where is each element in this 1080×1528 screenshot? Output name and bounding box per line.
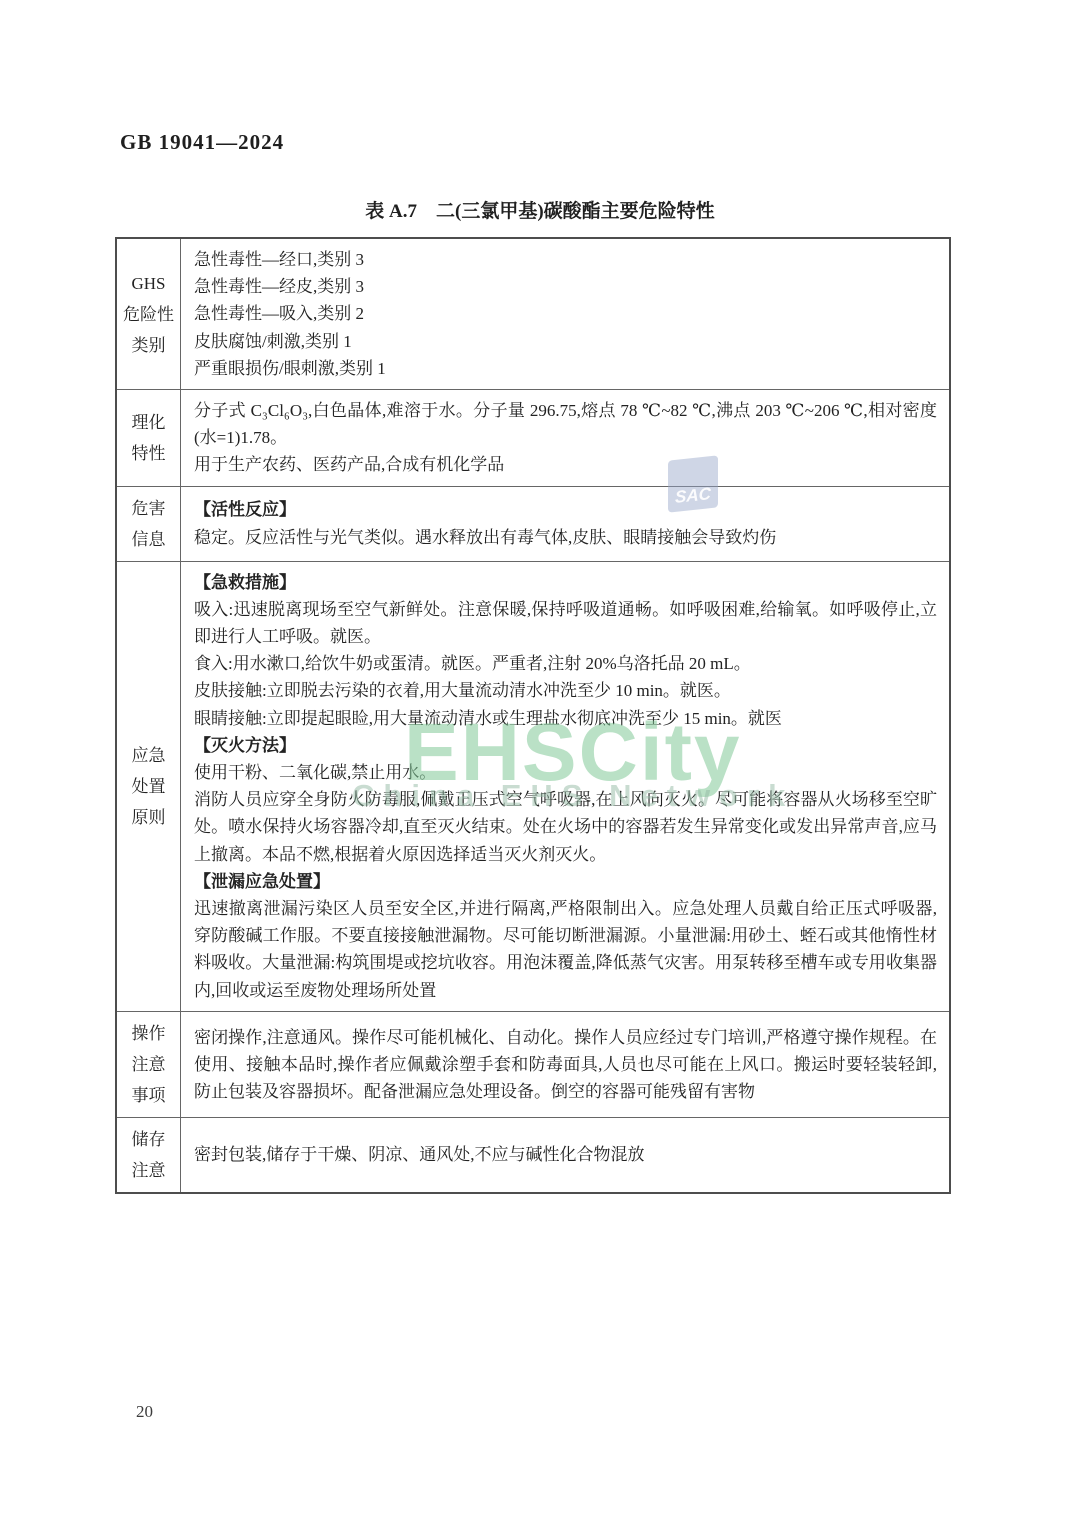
row-label: 危害信息 — [117, 487, 181, 561]
content-paragraph: 迅速撤离泄漏污染区人员至安全区,并进行隔离,严格限制出入。应急处理人员戴自给正压… — [194, 895, 937, 1004]
content-paragraph: 分子式 C₃Cl₆O₃,白色晶体,难溶于水。分子量 296.75,熔点 78 ℃… — [194, 397, 937, 451]
row-content: 【急救措施】吸入:迅速脱离现场至空气新鲜处。注意保暖,保持呼吸道通畅。如呼吸困难… — [181, 562, 949, 1011]
row-content: 急性毒性—经口,类别 3急性毒性—经皮,类别 3急性毒性—吸入,类别 2皮肤腐蚀… — [181, 239, 949, 389]
standard-number-header: GB 19041—2024 — [120, 130, 284, 155]
content-paragraph: 使用干粉、二氧化碳,禁止用水。 — [194, 759, 937, 786]
row-content: 密闭操作,注意通风。操作尽可能机械化、自动化。操作人员应经过专门培训,严格遵守操… — [181, 1012, 949, 1117]
content-paragraph: 消防人员应穿全身防火防毒服,佩戴正压式空气呼吸器,在上风向灭火。尽可能将容器从火… — [194, 786, 937, 868]
content-paragraph: 稳定。反应活性与光气类似。遇水释放出有毒气体,皮肤、眼睛接触会导致灼伤 — [194, 524, 937, 551]
row-label-line: 储存 — [132, 1124, 166, 1155]
document-page: { "page": { "header": "GB 19041—2024", "… — [0, 0, 1080, 1528]
section-heading: 【灭火方法】 — [194, 732, 937, 759]
row-label: 应急处置原则 — [117, 562, 181, 1011]
row-label-line: 理化 — [132, 407, 166, 438]
content-paragraph: 吸入:迅速脱离现场至空气新鲜处。注意保暖,保持呼吸道通畅。如呼吸困难,给输氧。如… — [194, 596, 937, 650]
row-content: 【活性反应】稳定。反应活性与光气类似。遇水释放出有毒气体,皮肤、眼睛接触会导致灼… — [181, 487, 949, 561]
section-heading: 【泄漏应急处置】 — [194, 868, 937, 895]
row-label-line: 处置 — [132, 771, 166, 802]
row-label-line: 原则 — [132, 802, 166, 833]
row-label-line: 危害 — [132, 493, 166, 524]
row-label-line: 操作 — [132, 1018, 166, 1049]
content-paragraph: 用于生产农药、医药产品,合成有机化学品 — [194, 451, 937, 478]
table-row: 操作注意事项密闭操作,注意通风。操作尽可能机械化、自动化。操作人员应经过专门培训… — [117, 1011, 949, 1117]
page-number: 20 — [136, 1402, 153, 1422]
row-label-line: 应急 — [132, 740, 166, 771]
content-paragraph: 密封包装,储存于干燥、阴凉、通风处,不应与碱性化合物混放 — [194, 1141, 937, 1168]
row-label-line: 类别 — [132, 330, 166, 361]
content-paragraph: 急性毒性—经口,类别 3 — [194, 246, 937, 273]
content-paragraph: 眼睛接触:立即提起眼睑,用大量流动清水或生理盐水彻底冲洗至少 15 min。就医 — [194, 705, 937, 732]
content-paragraph: 食入:用水漱口,给饮牛奶或蛋清。就医。严重者,注射 20%乌洛托品 20 mL。 — [194, 650, 937, 677]
content-paragraph: 严重眼损伤/眼刺激,类别 1 — [194, 355, 937, 382]
hazard-characteristics-table: GHS危险性类别急性毒性—经口,类别 3急性毒性—经皮,类别 3急性毒性—吸入,… — [115, 237, 951, 1194]
table-row: 理化特性分子式 C₃Cl₆O₃,白色晶体,难溶于水。分子量 296.75,熔点 … — [117, 389, 949, 486]
row-label-line: 事项 — [132, 1080, 166, 1111]
table-row: 危害信息【活性反应】稳定。反应活性与光气类似。遇水释放出有毒气体,皮肤、眼睛接触… — [117, 486, 949, 561]
row-label-line: 信息 — [132, 524, 166, 555]
row-label: GHS危险性类别 — [117, 239, 181, 389]
section-heading: 【急救措施】 — [194, 569, 937, 596]
content-paragraph: 急性毒性—吸入,类别 2 — [194, 300, 937, 327]
table-row: 应急处置原则【急救措施】吸入:迅速脱离现场至空气新鲜处。注意保暖,保持呼吸道通畅… — [117, 561, 949, 1011]
content-paragraph: 密闭操作,注意通风。操作尽可能机械化、自动化。操作人员应经过专门培训,严格遵守操… — [194, 1024, 937, 1106]
table-row: 储存注意密封包装,储存于干燥、阴凉、通风处,不应与碱性化合物混放 — [117, 1117, 949, 1192]
table-row: GHS危险性类别急性毒性—经口,类别 3急性毒性—经皮,类别 3急性毒性—吸入,… — [117, 239, 949, 389]
content-paragraph: 皮肤腐蚀/刺激,类别 1 — [194, 328, 937, 355]
row-label: 储存注意 — [117, 1118, 181, 1192]
row-label: 操作注意事项 — [117, 1012, 181, 1117]
table-title: 表 A.7 二(三氯甲基)碳酸酯主要危险特性 — [0, 196, 1080, 223]
row-label-line: 注意 — [132, 1049, 166, 1080]
row-label-line: 特性 — [132, 438, 166, 469]
content-paragraph: 皮肤接触:立即脱去污染的衣着,用大量流动清水冲洗至少 10 min。就医。 — [194, 677, 937, 704]
content-paragraph: 急性毒性—经皮,类别 3 — [194, 273, 937, 300]
row-label-line: 注意 — [132, 1155, 166, 1186]
row-content: 密封包装,储存于干燥、阴凉、通风处,不应与碱性化合物混放 — [181, 1118, 949, 1192]
section-heading: 【活性反应】 — [194, 496, 937, 523]
row-label-line: GHS — [131, 268, 165, 299]
row-label-line: 危险性 — [123, 299, 174, 330]
row-content: 分子式 C₃Cl₆O₃,白色晶体,难溶于水。分子量 296.75,熔点 78 ℃… — [181, 390, 949, 486]
row-label: 理化特性 — [117, 390, 181, 486]
